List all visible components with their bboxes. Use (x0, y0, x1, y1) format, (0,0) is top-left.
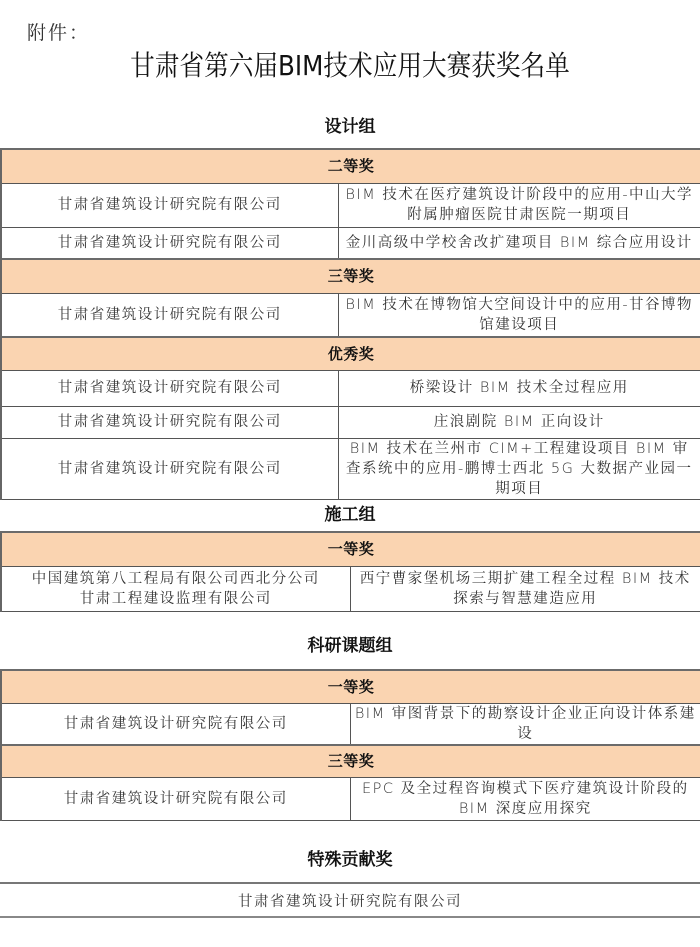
table-row: 甘肃省建筑设计研究院有限公司 金川高级中学校舍改扩建项目 BIM 综合应用设计 (1, 227, 700, 259)
tier-label-third-prize: 三等奖 (1, 745, 700, 778)
tier-header-row: 一等奖 (1, 670, 700, 703)
tier-header-row: 三等奖 (1, 259, 700, 293)
table-row: 甘肃省建筑设计研究院有限公司 EPC 及全过程咨询模式下医疗建筑设计阶段的 BI… (1, 778, 700, 821)
design-award-table: 二等奖 甘肃省建筑设计研究院有限公司 BIM 技术在医疗建筑设计阶段中的应用-中… (0, 148, 700, 500)
group-title-special: 特殊贡献奖 (0, 845, 700, 870)
tier-header-row: 优秀奖 (1, 337, 700, 370)
research-award-table: 一等奖 甘肃省建筑设计研究院有限公司 BIM 审图背景下的勘察设计企业正向设计体… (0, 669, 700, 821)
document-title: 甘肃省第六届BIM技术应用大赛获奖名单 (42, 44, 658, 84)
org-name-line1: 中国建筑第八工程局有限公司西北分公司 (6, 569, 346, 589)
project-cell: 金川高级中学校舍改扩建项目 BIM 综合应用设计 (338, 227, 700, 259)
org-name-line2: 甘肃工程建设监理有限公司 (6, 589, 346, 609)
project-cell: 庄浪剧院 BIM 正向设计 (338, 406, 700, 438)
org-cell: 甘肃省建筑设计研究院有限公司 (1, 438, 338, 499)
org-cell: 甘肃省建筑设计研究院有限公司 (1, 227, 338, 259)
org-cell: 中国建筑第八工程局有限公司西北分公司 甘肃工程建设监理有限公司 (1, 566, 350, 611)
project-cell: BIM 审图背景下的勘察设计企业正向设计体系建设 (350, 703, 700, 745)
table-row: 甘肃省建筑设计研究院有限公司 桥梁设计 BIM 技术全过程应用 (1, 370, 700, 406)
tier-label-first-prize: 一等奖 (1, 670, 700, 703)
tier-header-row: 一等奖 (1, 532, 700, 566)
table-row: 甘肃省建筑设计研究院有限公司 BIM 技术在兰州市 CIM+工程建设项目 BIM… (1, 438, 700, 499)
org-cell: 甘肃省建筑设计研究院有限公司 (1, 703, 350, 745)
table-row: 甘肃省建筑设计研究院有限公司 BIM 审图背景下的勘察设计企业正向设计体系建设 (1, 703, 700, 745)
group-title-design: 设计组 (0, 112, 700, 137)
project-cell: 西宁曹家堡机场三期扩建工程全过程 BIM 技术探索与智慧建造应用 (350, 566, 700, 611)
project-cell: EPC 及全过程咨询模式下医疗建筑设计阶段的 BIM 深度应用探究 (350, 778, 700, 821)
org-cell: 甘肃省建筑设计研究院有限公司 (1, 293, 338, 337)
group-title-research: 科研课题组 (0, 631, 700, 656)
org-cell: 甘肃省建筑设计研究院有限公司 (1, 370, 338, 406)
table-row: 中国建筑第八工程局有限公司西北分公司 甘肃工程建设监理有限公司 西宁曹家堡机场三… (1, 566, 700, 611)
attachment-label: 附件： (27, 18, 90, 45)
tier-label-excellence-prize: 优秀奖 (1, 337, 700, 370)
tier-label-first-prize: 一等奖 (1, 532, 700, 566)
tier-header-row: 二等奖 (1, 149, 700, 183)
group-title-construction: 施工组 (0, 500, 700, 525)
project-cell: BIM 技术在兰州市 CIM+工程建设项目 BIM 审查系统中的应用-鹏博士西北… (338, 438, 700, 499)
project-cell: 桥梁设计 BIM 技术全过程应用 (338, 370, 700, 406)
construction-award-table: 一等奖 中国建筑第八工程局有限公司西北分公司 甘肃工程建设监理有限公司 西宁曹家… (0, 531, 700, 612)
org-cell: 甘肃省建筑设计研究院有限公司 (238, 890, 462, 911)
table-row: 甘肃省建筑设计研究院有限公司 BIM 技术在博物馆大空间设计中的应用-甘谷博物馆… (1, 293, 700, 337)
table-row: 甘肃省建筑设计研究院有限公司 BIM 技术在医疗建筑设计阶段中的应用-中山大学附… (1, 183, 700, 227)
tier-header-row: 三等奖 (1, 745, 700, 778)
special-award-row: 甘肃省建筑设计研究院有限公司 (0, 882, 700, 918)
project-cell: BIM 技术在医疗建筑设计阶段中的应用-中山大学附属肿瘤医院甘肃医院一期项目 (338, 183, 700, 227)
tier-label-second-prize: 二等奖 (1, 149, 700, 183)
project-cell: BIM 技术在博物馆大空间设计中的应用-甘谷博物馆建设项目 (338, 293, 700, 337)
org-cell: 甘肃省建筑设计研究院有限公司 (1, 406, 338, 438)
table-row: 甘肃省建筑设计研究院有限公司 庄浪剧院 BIM 正向设计 (1, 406, 700, 438)
tier-label-third-prize: 三等奖 (1, 259, 700, 293)
org-cell: 甘肃省建筑设计研究院有限公司 (1, 183, 338, 227)
org-cell: 甘肃省建筑设计研究院有限公司 (1, 778, 350, 821)
